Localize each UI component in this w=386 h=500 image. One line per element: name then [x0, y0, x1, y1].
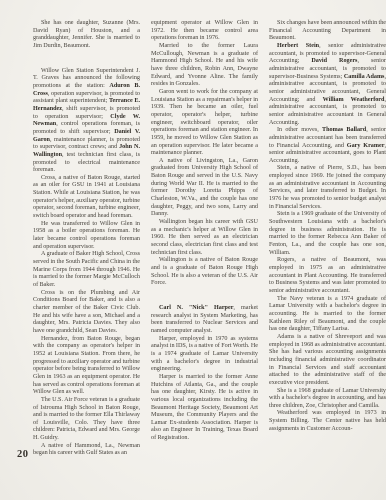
paragraph: Herbert Stein, senior administrative acc… — [269, 43, 386, 127]
body-text: She has one daughter, Suzanne (Mrs. Davi… — [33, 20, 140, 49]
person-name: Thomas Ballard — [322, 127, 366, 133]
body-text: Wallington began his career with GSU as … — [151, 219, 258, 256]
body-text: He was transferred to Willow Glen in 195… — [33, 221, 140, 250]
paragraph: A native of Livingston, La., Garon gradu… — [151, 158, 258, 219]
body-text: equipment operator at Willow Glen in 197… — [151, 20, 258, 41]
magazine-page: She has one daughter, Suzanne (Mrs. Davi… — [0, 0, 386, 500]
paragraph: He was transferred to Willow Glen in 195… — [33, 221, 140, 252]
paragraph: The Navy veteran is a 1974 graduate of L… — [269, 296, 386, 334]
text-column-1: She has one daughter, Suzanne (Mrs. Davi… — [33, 20, 140, 458]
body-text: Harper, employed in 1970 as systems anal… — [151, 336, 258, 373]
body-text: Stein is a 1969 graduate of the Universi… — [269, 211, 386, 255]
body-text: The U.S. Air Force veteran is a graduate… — [33, 397, 140, 441]
paragraph: Cross, a native of Baton Rouge, started … — [33, 175, 140, 221]
person-name: Herbert Stein — [277, 43, 319, 49]
paragraph: Stein is a 1969 graduate of the Universi… — [269, 211, 386, 257]
body-text: Hernandez, from Baton Rouge, began with … — [33, 336, 140, 396]
text-column-2: equipment operator at Willow Glen in 197… — [151, 20, 258, 458]
person-name: Camilla Adams — [344, 74, 385, 80]
person-name: David Rogers — [311, 58, 357, 64]
paragraph: Wallington began his career with GSU as … — [151, 219, 258, 257]
body-text: Garon went to work for the company at Lo… — [151, 89, 258, 156]
body-text: Cross is on the Plumbing and Air Conditi… — [33, 290, 140, 334]
body-text: Six changes have been announced within t… — [269, 20, 386, 41]
body-text: A graduate of Baker High School, Cross s… — [33, 251, 140, 288]
paragraph: Carl N. "Nick" Harper, market research a… — [151, 305, 258, 336]
paragraph: equipment operator at Willow Glen in 197… — [151, 20, 258, 43]
body-text: A native of Livingston, La., Garon gradu… — [151, 158, 258, 218]
body-text: Cross, a native of Baton Rouge, started … — [33, 175, 140, 219]
person-name: William Weatherford — [323, 97, 385, 103]
body-text: In other moves, — [277, 127, 322, 133]
paragraph: Six changes have been announced within t… — [269, 20, 386, 43]
body-text: Harper is married to the former Anne Hut… — [151, 374, 258, 441]
person-name: Gary Kramer — [347, 143, 385, 149]
paragraph: Wallington is a native of Baton Rouge an… — [151, 257, 258, 288]
paragraph: Married to the former Laura McCullough, … — [151, 43, 258, 89]
paragraph: Willow Glen Station Superintendent J. T.… — [33, 68, 140, 175]
paragraph: Harper is married to the former Anne Hut… — [151, 374, 258, 443]
body-text: Stein, a native of Pierre, S.D., has bee… — [269, 165, 386, 209]
paragraph: Harper, employed in 1970 as systems anal… — [151, 336, 258, 374]
body-text: The Navy veteran is a 1974 graduate of L… — [269, 296, 386, 333]
paragraph: Garon went to work for the company at Lo… — [151, 89, 258, 158]
paragraph: Cross is on the Plumbing and Air Conditi… — [33, 290, 140, 336]
paragraph: In other moves, Thomas Ballard, senior a… — [269, 127, 386, 165]
body-text: She is a 1968 graduate of Lamar Universi… — [269, 388, 386, 409]
paragraph: Adams is a native of Shreveport and was … — [269, 334, 386, 388]
body-text: Married to the former Laura McCullough, … — [151, 43, 258, 87]
paragraph: The U.S. Air Force veteran is a graduate… — [33, 397, 140, 443]
page-number: 20 — [17, 449, 29, 460]
paragraph: She has one daughter, Suzanne (Mrs. Davi… — [33, 20, 140, 51]
paragraph: Weatherford was employed in 1973 in Syst… — [269, 410, 386, 433]
paragraph: Stein, a native of Pierre, S.D., has bee… — [269, 165, 386, 211]
paragraph: A native of Hammond, La., Newman began h… — [33, 443, 140, 458]
text-columns: She has one daughter, Suzanne (Mrs. Davi… — [33, 20, 386, 458]
paragraph: She is a 1968 graduate of Lamar Universi… — [269, 388, 386, 411]
person-name: Carl N. "Nick" Harper — [159, 305, 233, 311]
paragraph: Rogers, a native of Beaumont, was employ… — [269, 257, 386, 295]
paragraph: A graduate of Baker High School, Cross s… — [33, 251, 140, 289]
text-column-3: Six changes have been announced within t… — [269, 20, 386, 458]
body-text: Adams is a native of Shreveport and was … — [269, 334, 386, 386]
body-text: Wallington is a native of Baton Rouge an… — [151, 257, 258, 286]
body-text: A native of Hammond, La., Newman began h… — [33, 443, 140, 457]
body-text: Rogers, a native of Beaumont, was employ… — [269, 257, 386, 294]
body-text: Weatherford was employed in 1973 in Syst… — [269, 410, 386, 431]
paragraph: Hernandez, from Baton Rouge, began with … — [33, 336, 140, 397]
